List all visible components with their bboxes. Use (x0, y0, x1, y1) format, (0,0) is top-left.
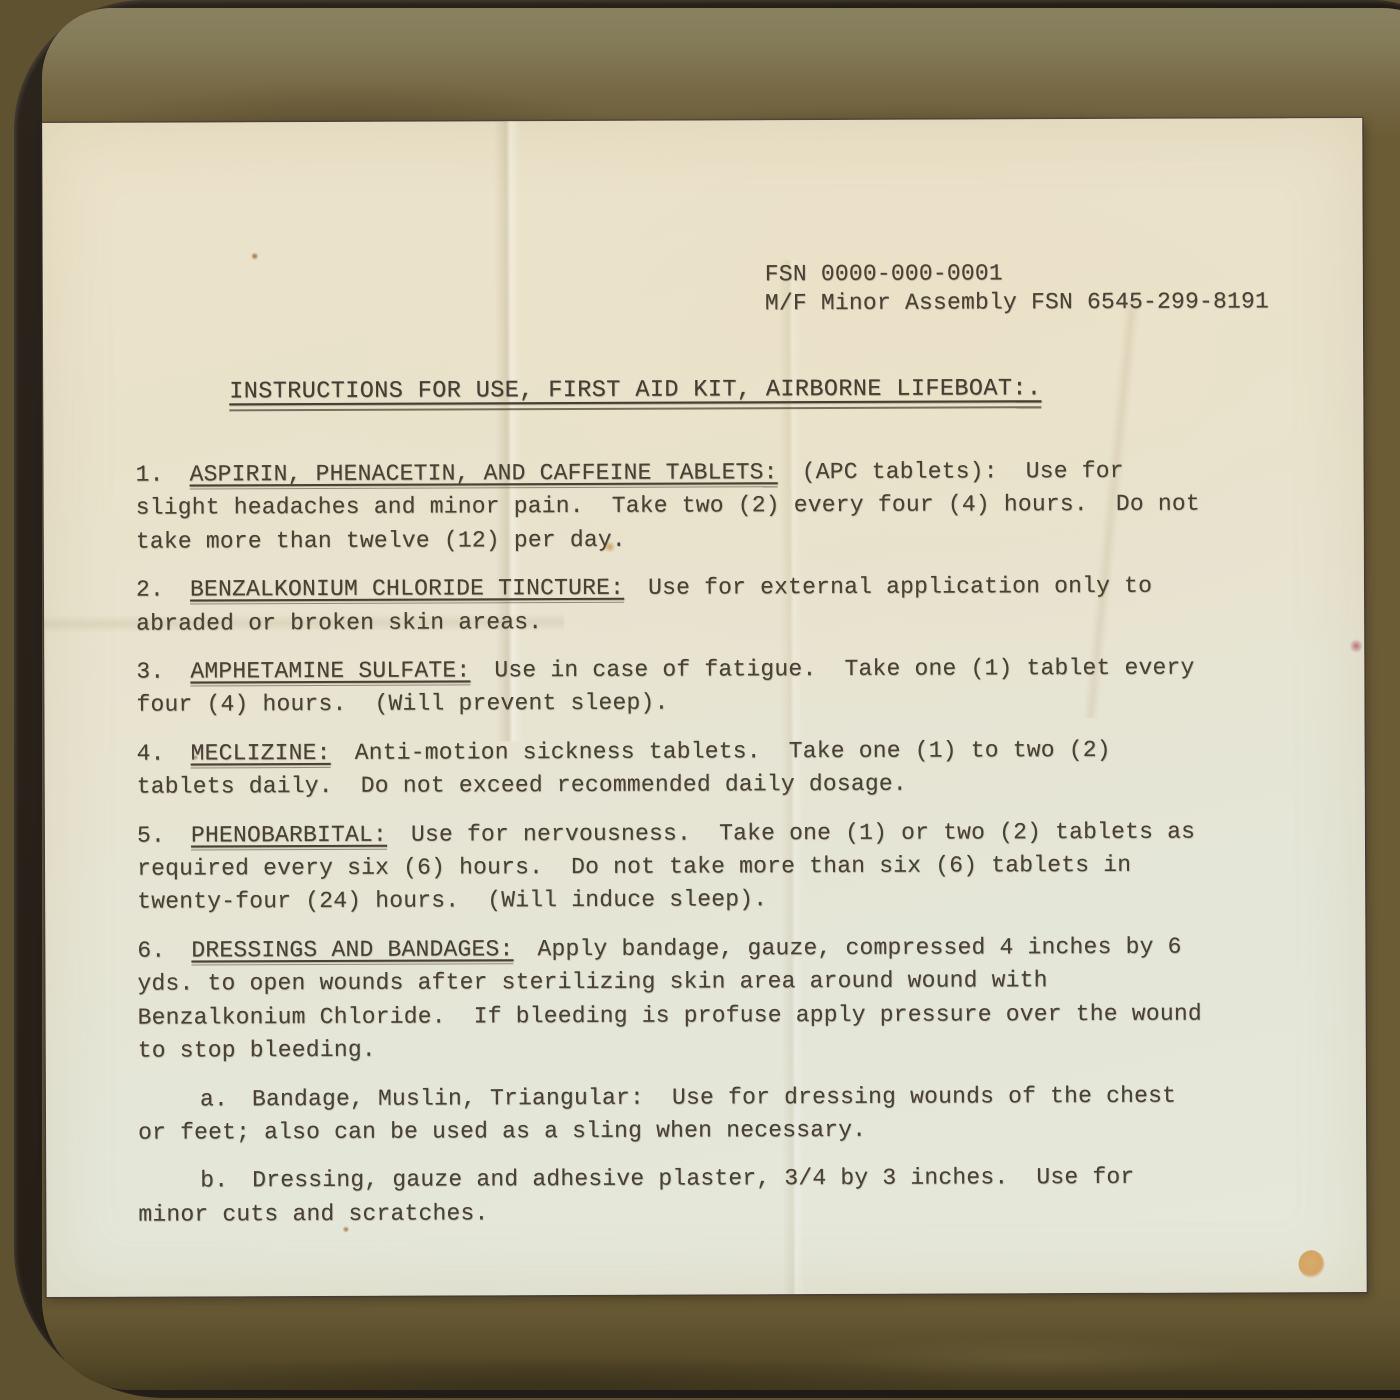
instruction-sheet: FSN 0000-000-0001 M/F Minor Assembly FSN… (42, 118, 1366, 1297)
item-heading: ASPIRIN, PHENACETIN, AND CAFFEINE TABLET… (190, 459, 778, 489)
instruction-item-3: 3.AMPHETAMINE SULFATE:Use in case of fat… (136, 652, 1208, 723)
item-number: 6. (137, 937, 165, 963)
photo-scene: FSN 0000-000-0001 M/F Minor Assembly FSN… (0, 0, 1400, 1400)
instruction-item-1: 1.ASPIRIN, PHENACETIN, AND CAFFEINE TABL… (135, 455, 1207, 559)
stain-mark (1299, 1250, 1325, 1278)
item-number: 3. (136, 659, 164, 685)
item-number: 2. (136, 577, 164, 603)
subitem-body: Bandage, Muslin, Triangular: Use for dre… (138, 1082, 1190, 1145)
item-heading: AMPHETAMINE SULFATE: (190, 657, 470, 686)
fsn-header: FSN 0000-000-0001 M/F Minor Assembly FSN… (765, 258, 1269, 318)
subitem-letter: b. (200, 1168, 228, 1194)
item-heading: BENZALKONIUM CHLORIDE TINCTURE: (190, 575, 624, 605)
item-number: 1. (136, 462, 164, 488)
item-number: 5. (137, 822, 165, 848)
item-heading: MECLIZINE: (191, 740, 331, 769)
stain-mark (1350, 638, 1362, 654)
item-heading: PHENOBARBITAL: (191, 821, 387, 850)
fsn-line-1: FSN 0000-000-0001 (765, 258, 1269, 289)
paint-brush-texture-bottom (42, 1280, 1400, 1390)
instructions-list: 1.ASPIRIN, PHENACETIN, AND CAFFEINE TABL… (135, 455, 1210, 1247)
item-heading: DRESSINGS AND BANDAGES: (191, 936, 513, 965)
sub-item-b: b.Dressing, gauze and adhesive plaster, … (138, 1161, 1210, 1232)
subitem-letter: a. (200, 1086, 228, 1112)
sub-item-a: a.Bandage, Muslin, Triangular: Use for d… (138, 1079, 1210, 1150)
instruction-item-6: 6.DRESSINGS AND BANDAGES:Apply bandage, … (137, 930, 1210, 1068)
instruction-item-5: 5.PHENOBARBITAL:Use for nervousness. Tak… (137, 815, 1209, 919)
subitem-body: Dressing, gauze and adhesive plaster, 3/… (138, 1164, 1148, 1227)
fsn-line-2: M/F Minor Assembly FSN 6545-299-8191 (765, 287, 1269, 318)
item-number: 4. (137, 740, 165, 766)
instruction-item-4: 4.MECLIZINE:Anti-motion sickness tablets… (137, 733, 1209, 804)
stain-mark (251, 252, 259, 260)
document-title: INSTRUCTIONS FOR USE, FIRST AID KIT, AIR… (229, 375, 1041, 411)
instruction-item-2: 2.BENZALKONIUM CHLORIDE TINCTURE:Use for… (136, 570, 1208, 641)
